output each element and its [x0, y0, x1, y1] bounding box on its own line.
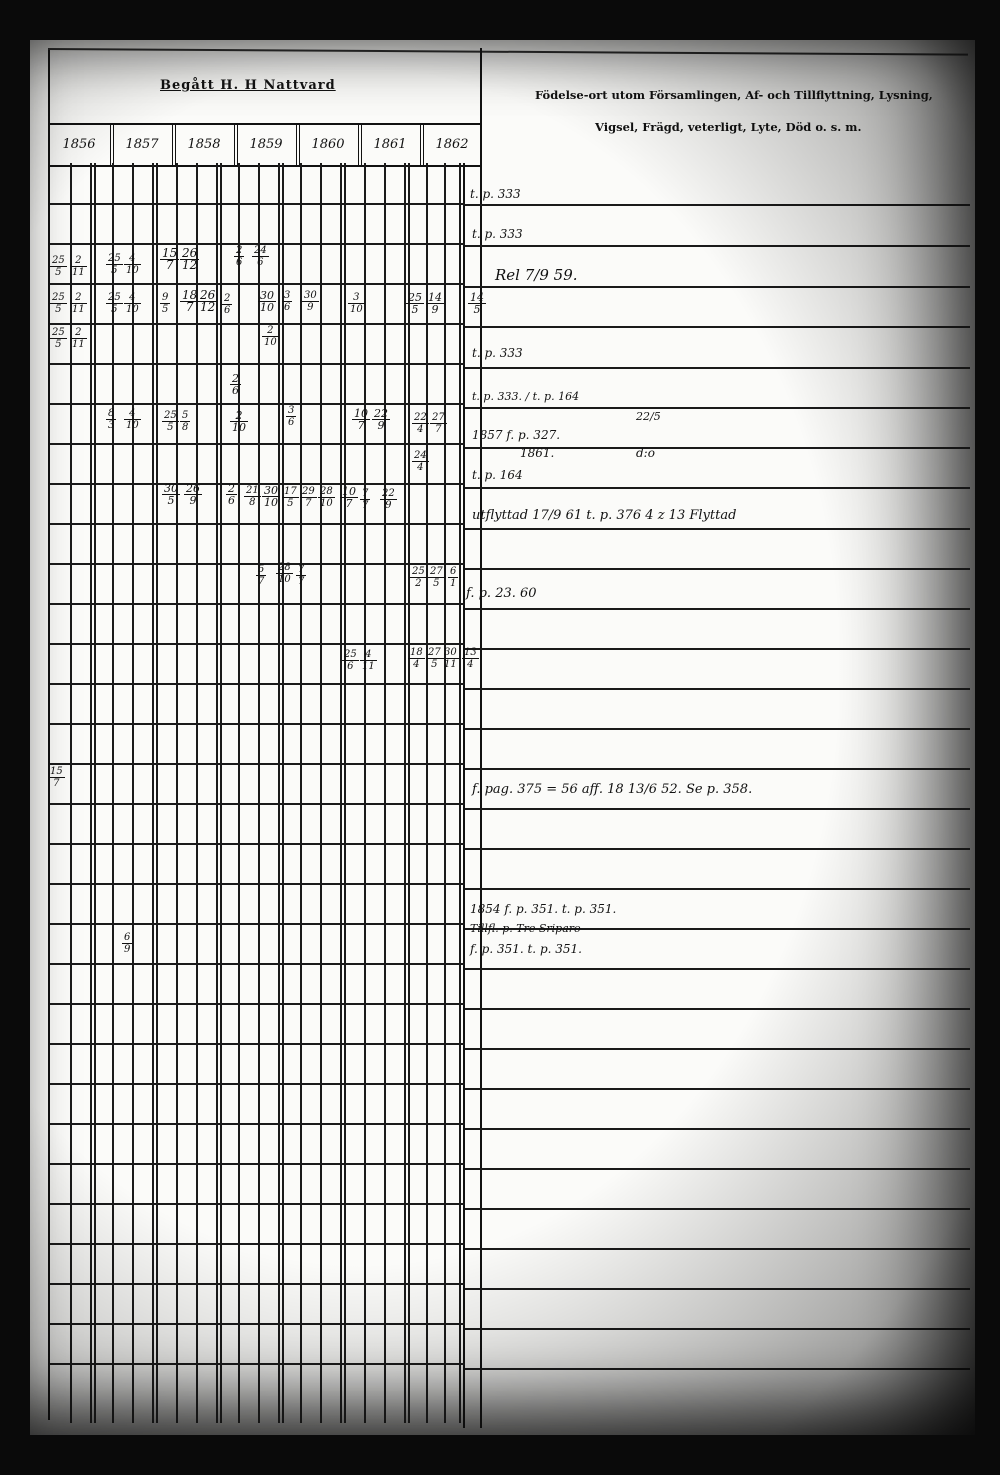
notes-rule: [465, 808, 970, 810]
grid-vline: [258, 163, 260, 1423]
communion-date: 229: [372, 408, 390, 431]
grid-vline: [408, 163, 410, 1423]
grid-vline: [344, 163, 346, 1423]
grid-row-line: [50, 443, 465, 445]
grid-row-line: [50, 963, 465, 965]
communion-date: 57: [256, 564, 266, 587]
communion-date: 61: [448, 566, 458, 589]
grid-vline: [340, 163, 342, 1423]
communion-date: 58: [180, 410, 190, 433]
grid-row-line: [50, 803, 465, 805]
notes-rule: [465, 286, 970, 288]
register-page: Begått H. H Nattvard Födelse-ort utom Fö…: [30, 40, 975, 1435]
grid-vline: [176, 163, 178, 1423]
year-1857: 1857: [114, 125, 170, 165]
communion-date: 211: [70, 292, 87, 315]
communion-date: 107: [352, 408, 370, 431]
note-text: t. p. 333: [472, 346, 523, 360]
communion-date: 277: [430, 412, 447, 435]
note-text: Tillfl. p. Tre Sriparo: [470, 922, 581, 935]
grid-row-line: [50, 843, 465, 845]
notes-rule: [465, 888, 970, 890]
communion-date: 3011: [442, 647, 459, 670]
communion-date: 252: [410, 566, 427, 589]
notes-rule: [465, 245, 970, 247]
communion-date: 305: [162, 483, 180, 506]
notes-rule: [465, 648, 970, 650]
notes-rule: [465, 1288, 970, 1290]
notes-rule: [465, 1248, 970, 1250]
grid-vline: [112, 163, 114, 1423]
notes-rule: [465, 1008, 970, 1010]
grid-vline: [426, 163, 428, 1423]
communion-date: 255: [50, 292, 67, 315]
communion-date: 297: [300, 486, 317, 509]
grid-vline: [364, 163, 366, 1423]
communion-date: 77: [360, 488, 370, 511]
header-column-divider: [480, 48, 482, 1428]
grid-vline: [196, 163, 198, 1423]
notes-rule: [465, 326, 970, 328]
notes-rule: [465, 367, 970, 369]
communion-date: 77: [296, 564, 306, 587]
notes-rule: [465, 204, 970, 206]
year-1862: 1862: [424, 125, 480, 165]
grid-row-line: [50, 923, 465, 925]
grid-vline: [152, 163, 154, 1423]
communion-date: 187: [180, 290, 199, 313]
notes-rule: [465, 1368, 970, 1370]
notes-rule: [465, 968, 970, 970]
grid-row-line: [50, 1203, 465, 1205]
grid-vline: [220, 163, 222, 1423]
grid-row-line: [50, 1083, 465, 1085]
grid-row-line: [50, 363, 465, 365]
note-text: 1857 f. p. 327.: [472, 428, 560, 442]
grid-vline: [384, 163, 386, 1423]
grid-row-line: [50, 883, 465, 885]
notes-rule: [465, 608, 970, 610]
communion-date: 157: [48, 766, 65, 789]
communion-date: 145: [468, 292, 486, 315]
grid-vline: [132, 163, 134, 1423]
notes-rule: [465, 568, 970, 570]
year-1859: 1859: [238, 125, 294, 165]
note-text: f. p. 23. 60: [466, 586, 537, 601]
notes-rule: [465, 1128, 970, 1130]
grid-vline: [216, 163, 218, 1423]
note-text: d:o: [636, 446, 655, 460]
grid-row-line: [50, 403, 465, 405]
grid-vline: [90, 163, 92, 1423]
communion-date: 26: [234, 245, 244, 268]
communion-date: 134: [462, 647, 479, 670]
year-1856: 1856: [50, 125, 108, 165]
grid-row-line: [50, 323, 465, 325]
grid-row-line: [50, 1283, 465, 1285]
grid-vline: [300, 163, 302, 1423]
note-text: f. p. 351. t. p. 351.: [470, 942, 582, 956]
grid-row-line: [50, 283, 465, 285]
communion-date: 244: [412, 450, 429, 473]
communion-date: 83: [106, 408, 116, 431]
year-1861: 1861: [362, 125, 418, 165]
communion-date: 95: [160, 292, 170, 315]
notes-header-line1: Födelse-ort utom Församlingen, Af- och T…: [535, 88, 933, 102]
note-text: t. p. 333: [472, 227, 523, 241]
notes-rule: [465, 768, 970, 770]
communion-date: 26: [222, 293, 232, 316]
communion-date: 3010: [262, 485, 280, 508]
communion-date: 246: [252, 245, 269, 268]
grid-vline: [94, 163, 96, 1423]
communion-date: 211: [70, 255, 87, 278]
notes-rule: [465, 1328, 970, 1330]
grid-row-line: [50, 1363, 465, 1365]
communion-date: 184: [408, 647, 425, 670]
grid-row-line: [50, 763, 465, 765]
notes-header-line2: Vigsel, Frägd, veterligt, Lyte, Död o. s…: [595, 120, 861, 134]
notes-rule: [465, 1168, 970, 1170]
grid-row-line: [50, 1123, 465, 1125]
communion-date: 26: [226, 483, 237, 506]
communion-date: 69: [122, 932, 132, 955]
communion-date: 107: [340, 486, 358, 509]
grid-row-line: [50, 683, 465, 685]
note-text: utflyttad 17/9 61 t. p. 376 4 z 13 Flytt…: [472, 508, 736, 523]
grid-vline: [404, 163, 406, 1423]
communion-date: 210: [262, 325, 279, 348]
grid-row-line: [50, 1243, 465, 1245]
grid-vline: [459, 163, 461, 1423]
communion-date: 2810: [276, 562, 293, 585]
note-text: t. p. 164: [472, 468, 523, 482]
communion-date: 2810: [318, 486, 335, 509]
communion-date: 310: [348, 292, 365, 315]
notes-rule: [465, 407, 970, 409]
communion-date: 410: [124, 408, 141, 431]
year-1860: 1860: [300, 125, 356, 165]
grid-row-line: [50, 1003, 465, 1005]
grid-row-line: [50, 203, 465, 205]
note-text: t. p. 333. / t. p. 164: [472, 390, 579, 403]
notes-rule: [465, 1088, 970, 1090]
communion-date: 224: [412, 412, 429, 435]
communion-date: 255: [106, 253, 123, 276]
grid-vline: [238, 163, 240, 1423]
communion-date: 2612: [198, 290, 217, 313]
communion-date: 149: [426, 292, 444, 315]
communion-date: 255: [406, 292, 424, 315]
notes-rule: [465, 1208, 970, 1210]
grid-vline: [278, 163, 280, 1423]
grid-row-line: [50, 643, 465, 645]
notes-rule: [465, 688, 970, 690]
notes-rule: [465, 1048, 970, 1050]
communion-date: 211: [70, 327, 87, 350]
grid-row-line: [50, 1043, 465, 1045]
communion-date: 255: [50, 255, 67, 278]
communion-date: 175: [282, 486, 299, 509]
grid-row-line: [50, 1323, 465, 1325]
year-1858: 1858: [176, 125, 232, 165]
grid-vline: [156, 163, 158, 1423]
grid-vline: [70, 163, 72, 1423]
grid-row-line: [50, 523, 465, 525]
communion-date: 3010: [258, 290, 276, 313]
grid-vline: [282, 163, 284, 1423]
communion-date: 309: [302, 290, 319, 313]
grid-row-line: [50, 723, 465, 725]
communion-date: 229: [380, 488, 397, 511]
grid-row-line: [50, 1163, 465, 1165]
communion-date: 255: [106, 292, 123, 315]
year-header-row: 1856 1857 1858 1859 1860 1861 1862: [50, 123, 480, 167]
notes-column-divider: [463, 163, 465, 1428]
communion-date: 157: [160, 248, 179, 271]
note-text: f. pag. 375 = 56 aff. 18 13/6 52. Se p. …: [472, 782, 752, 797]
grid-vline: [320, 163, 322, 1423]
note-text: 1854 f. p. 351. t. p. 351.: [470, 902, 616, 916]
communion-date: 410: [124, 292, 141, 315]
note-text: 1861.: [520, 446, 554, 460]
communion-date: 255: [162, 410, 179, 433]
communion-date: 36: [286, 405, 296, 428]
communion-date: 210: [230, 410, 248, 433]
communion-date: 275: [426, 647, 443, 670]
notes-rule: [465, 728, 970, 730]
communion-date: 411: [360, 649, 377, 672]
notes-rule: [465, 487, 970, 489]
grid-vline: [444, 163, 446, 1423]
communion-date: 255: [50, 327, 67, 350]
note-text: 22/5: [636, 410, 661, 423]
communion-date: 36: [282, 290, 292, 313]
communion-date: 275: [428, 566, 445, 589]
communion-date: 2612: [180, 248, 199, 271]
communion-date: 256: [342, 649, 359, 672]
communion-date: 218: [244, 485, 261, 508]
grid-row-line: [50, 603, 465, 605]
note-text: t. p. 333: [470, 187, 521, 201]
notes-rule: [465, 528, 970, 530]
communion-date: 26: [230, 373, 241, 396]
communion-header: Begått H. H Nattvard: [160, 78, 336, 93]
top-rule: [48, 48, 968, 56]
note-text: Rel 7/9 59.: [495, 266, 578, 284]
communion-date: 269: [184, 483, 202, 506]
notes-rule: [465, 848, 970, 850]
communion-date: 410: [124, 253, 141, 276]
